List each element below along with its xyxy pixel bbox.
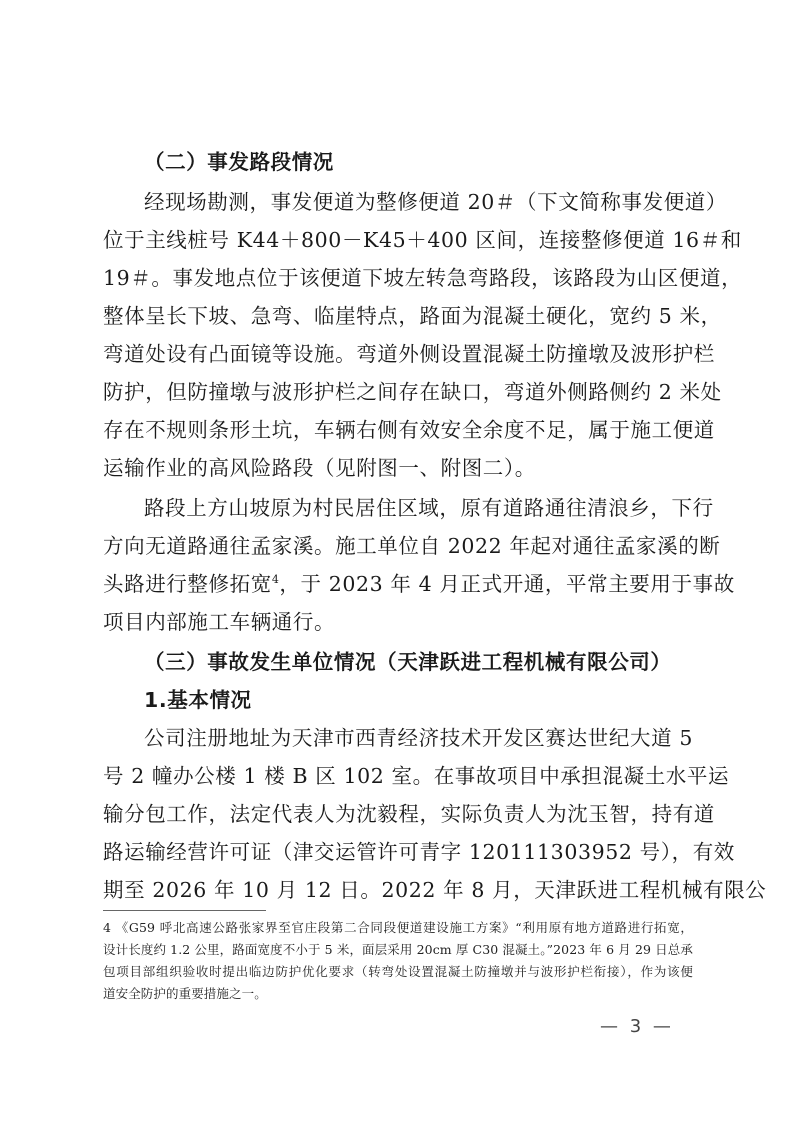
paragraph-line: 号 2 幢办公楼 1 楼 B 区 102 室。在事故项目中承担混凝土水平运: [103, 761, 693, 791]
paragraph-line: 期至 2026 年 10 月 12 日。2022 年 8 月，天津跃进工程机械有…: [103, 875, 693, 905]
section-heading-3: （三）事故发生单位情况（天津跃进工程机械有限公司）: [144, 647, 672, 677]
page-number: — 3 —: [600, 1016, 674, 1037]
footnote-line: 道安全防护的重要措施之一。: [103, 985, 693, 1002]
paragraph-line-with-footnote: 头路进行整修拓宽4，于 2023 年 4 月正式开通，平常主要用于事故: [103, 569, 693, 599]
paragraph-line: 公司注册地址为天津市西青经济技术开发区赛达世纪大道 5: [144, 723, 693, 753]
text-segment: ，于 2023 年 4 月正式开通，平常主要用于事故: [279, 572, 734, 596]
subheading-basic-info: 1.基本情况: [144, 685, 252, 715]
paragraph-line: 路运输经营许可证（津交运管许可青字 120111303952 号），有效: [103, 837, 693, 867]
paragraph-line: 项目内部施工车辆通行。: [103, 607, 693, 637]
paragraph-line: 输分包工作，法定代表人为沈毅程，实际负责人为沈玉智，持有道: [103, 799, 693, 829]
paragraph-line: 经现场勘测，事发便道为整修便道 20＃（下文简称事发便道）: [144, 187, 693, 217]
paragraph-line: 防护，但防撞墩与波形护栏之间存在缺口，弯道外侧路侧约 2 米处: [103, 377, 693, 407]
section-heading-2: （二）事发路段情况: [144, 147, 334, 177]
paragraph-line: 位于主线桩号 K44＋800－K45＋400 区间，连接整修便道 16＃和: [103, 225, 693, 255]
paragraph-line: 方向无道路通往孟家溪。施工单位自 2022 年起对通往孟家溪的断: [103, 531, 693, 561]
footnote-line: 4 《G59 呼北高速公路张家界至官庄段第二合同段便道建设施工方案》“利用原有地…: [103, 919, 693, 936]
paragraph-line: 存在不规则条形土坑，车辆右侧有效安全余度不足，属于施工便道: [103, 415, 693, 445]
paragraph-line: 路段上方山坡原为村民居住区域，原有道路通往清浪乡，下行: [144, 493, 693, 523]
paragraph-line: 运输作业的高风险路段（见附图一、附图二）。: [103, 453, 693, 483]
footnote-line: 设计长度约 1.2 公里，路面宽度不小于 5 米，面层采用 20cm 厚 C30…: [103, 941, 693, 958]
paragraph-line: 弯道处设有凸面镜等设施。弯道外侧设置混凝土防撞墩及波形护栏: [103, 339, 693, 369]
paragraph-line: 19＃。事发地点位于该便道下坡左转急弯路段，该路段为山区便道，: [103, 263, 693, 293]
document-page: （二）事发路段情况 经现场勘测，事发便道为整修便道 20＃（下文简称事发便道） …: [0, 0, 793, 1121]
text-segment: 头路进行整修拓宽: [103, 572, 272, 596]
footnote-divider: [103, 910, 266, 911]
footnote-line: 包项目部组织验收时提出临边防护优化要求（转弯处设置混凝土防撞墩并与波形护栏衔接）…: [103, 963, 693, 980]
paragraph-line: 整体呈长下坡、急弯、临崖特点，路面为混凝土硬化，宽约 5 米，: [103, 301, 693, 331]
